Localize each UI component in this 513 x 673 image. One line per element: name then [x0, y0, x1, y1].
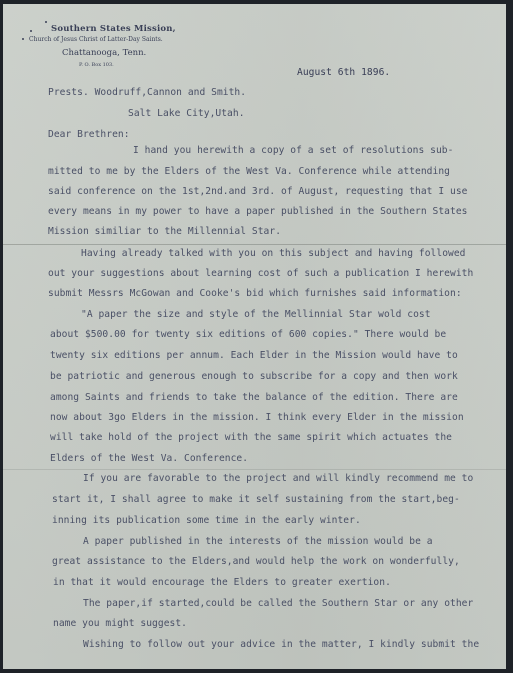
- body-line: Having already talked with you on this s…: [81, 248, 466, 259]
- salutation: Dear Brethren:: [48, 129, 130, 140]
- body-line: now about 3go Elders in the mission. I t…: [50, 412, 464, 423]
- body-line: will take hold of the project with the s…: [50, 432, 452, 443]
- body-line: name you might suggest.: [53, 618, 187, 629]
- body-line: among Saints and friends to take the bal…: [50, 392, 458, 403]
- letterhead-mission-name: Southern States Mission,: [51, 24, 176, 34]
- body-line: said conference on the 1st,2nd.and 3rd. …: [48, 186, 467, 197]
- body-line: inning its publication some time in the …: [52, 515, 361, 526]
- fold-line: [3, 469, 506, 470]
- ink-dot: [22, 38, 24, 40]
- recipient-name: Prests. Woodruff,Cannon and Smith.: [48, 87, 246, 98]
- letter-page: Southern States Mission, Church of Jesus…: [3, 4, 506, 669]
- body-line: twenty six editions per annum. Each Elde…: [50, 350, 458, 361]
- body-line: mitted to me by the Elders of the West V…: [48, 166, 450, 177]
- body-line: be patriotic and generous enough to subs…: [50, 371, 458, 382]
- body-line: every means in my power to have a paper …: [48, 206, 467, 217]
- body-line: A paper published in the interests of th…: [83, 536, 433, 547]
- body-line: The paper,if started,could be called the…: [83, 598, 473, 609]
- letterhead-church-name: Church of Jesus Christ of Latter-Day Sai…: [29, 36, 163, 43]
- body-line: great assistance to the Elders,and would…: [52, 556, 460, 567]
- body-line: Wishing to follow out your advice in the…: [83, 639, 479, 650]
- fold-line: [3, 244, 506, 245]
- body-line: Elders of the West Va. Conference.: [50, 453, 248, 464]
- letterhead-po-box: P. O. Box 103.: [79, 62, 114, 68]
- body-line: start it, I shall agree to make it self …: [52, 494, 460, 505]
- body-line: in that it would encourage the Elders to…: [53, 577, 391, 588]
- body-line: I hand you herewith a copy of a set of r…: [133, 145, 453, 156]
- body-line: about $500.00 for twenty six editions of…: [50, 329, 446, 340]
- body-line: Mission similiar to the Millennial Star.: [48, 226, 281, 237]
- letterhead-city: Chattanooga, Tenn.: [62, 48, 146, 58]
- recipient-location: Salt Lake City,Utah.: [128, 108, 245, 119]
- ink-dot: [45, 21, 47, 23]
- body-line: submit Messrs McGowan and Cooke's bid wh…: [48, 288, 462, 299]
- body-line: "A paper the size and style of the Melli…: [81, 309, 431, 320]
- letter-date: August 6th 1896.: [297, 67, 390, 78]
- ink-dot: [30, 30, 32, 32]
- body-line: If you are favorable to the project and …: [83, 473, 473, 484]
- body-line: out your suggestions about learning cost…: [48, 268, 473, 279]
